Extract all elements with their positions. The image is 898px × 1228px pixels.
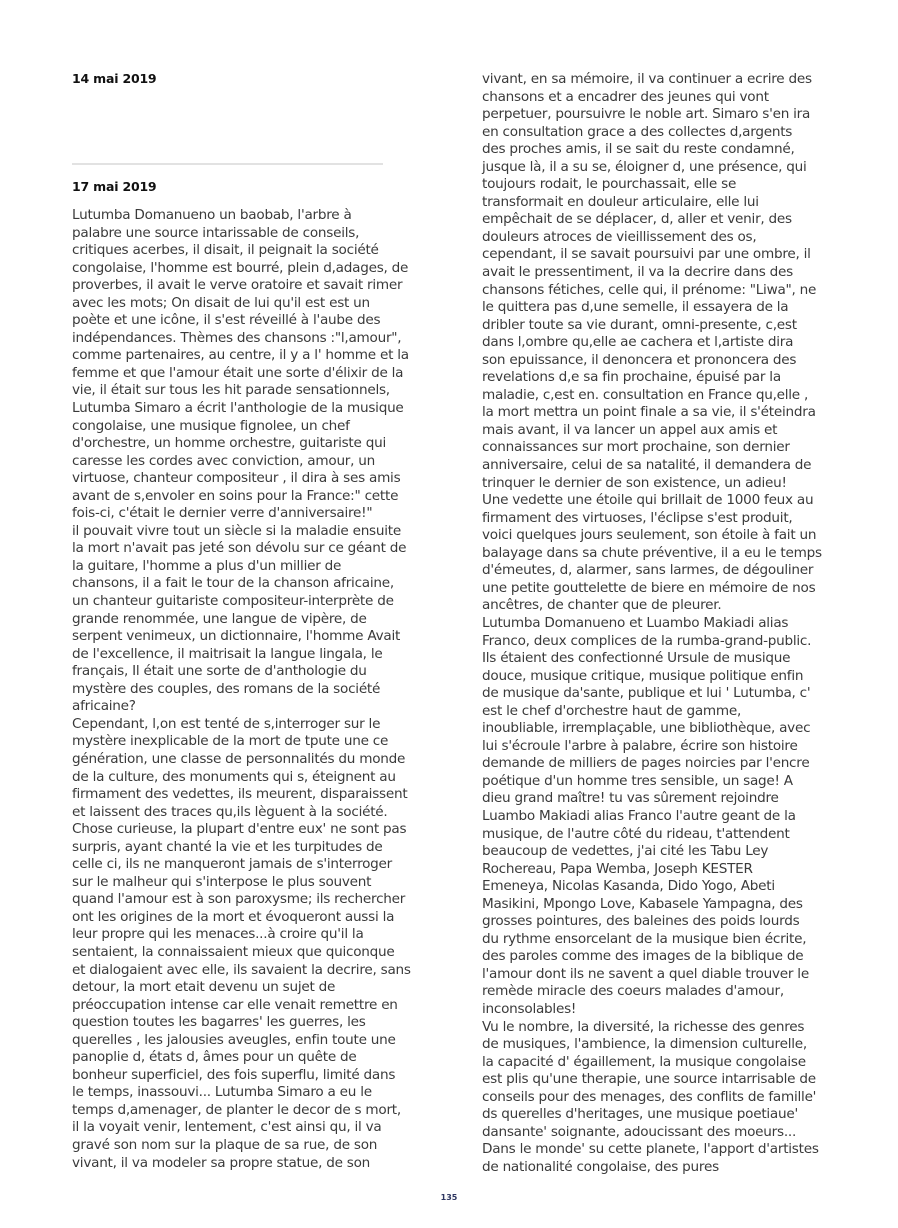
text-line: dansante' soignante, adoucissant des moe… bbox=[482, 1124, 842, 1142]
text-line: Vu le nombre, la diversité, la richesse … bbox=[482, 1019, 842, 1037]
text-line: de musique da'sante, publique et lui ' L… bbox=[482, 685, 842, 703]
text-line: français, Il était une sorte de d'anthol… bbox=[72, 663, 392, 681]
text-line: ancêtres, de chanter que de pleurer. bbox=[482, 597, 842, 615]
text-line: lui s'écroule l'arbre à palabre, écrire … bbox=[482, 738, 842, 756]
text-line: une petite gouttelette de biere en mémoi… bbox=[482, 580, 842, 598]
text-line: congolaise, l'homme est bourré, plein d,… bbox=[72, 260, 392, 278]
text-line: l'amour dont ils ne savent a quel diable… bbox=[482, 966, 842, 984]
text-line: inconsolables! bbox=[482, 1001, 842, 1019]
text-line: sentaient, la connaissaient mieux que qu… bbox=[72, 944, 392, 962]
text-line: temps d,amenager, de planter le decor de… bbox=[72, 1102, 392, 1120]
text-line: génération, une classe de personnalités … bbox=[72, 751, 392, 769]
text-line: mystère des couples, des romans de la so… bbox=[72, 681, 392, 699]
text-line: maladie, c,est en. consultation en Franc… bbox=[482, 387, 842, 405]
text-line: demande de milliers de pages noircies pa… bbox=[482, 755, 842, 773]
text-line: vivant, en sa mémoire, il va continuer a… bbox=[482, 71, 842, 89]
text-line: Rochereau, Papa Wemba, Joseph KESTER bbox=[482, 861, 842, 879]
text-line: chansons et a encadrer des jeunes qui vo… bbox=[482, 89, 842, 107]
text-line: grande renommée, une langue de vipère, d… bbox=[72, 611, 392, 629]
text-line: un chanteur guitariste compositeur-inter… bbox=[72, 593, 392, 611]
text-line: perpetuer, poursuivre le noble art. Sima… bbox=[482, 106, 842, 124]
text-line: de l'excellence, il maitrisait la langue… bbox=[72, 646, 392, 664]
text-line: musique, de l'autre côté du rideau, t'at… bbox=[482, 826, 842, 844]
text-line: Dans le monde' su cette planete, l'appor… bbox=[482, 1141, 842, 1159]
text-line: detour, la mort etait devenu un sujet de bbox=[72, 979, 392, 997]
text-line: caresse les cordes avec conviction, amou… bbox=[72, 453, 392, 471]
text-line: des paroles comme des images de la bibli… bbox=[482, 948, 842, 966]
text-line: serpent venimeux, un dictionnaire, l'hom… bbox=[72, 628, 392, 646]
text-line: proverbes, il avait le verve oratoire et… bbox=[72, 277, 392, 295]
text-line: celle ci, ils ne manqueront jamais de s'… bbox=[72, 856, 392, 874]
text-line: ont les origines de la mort et évoqueron… bbox=[72, 909, 392, 927]
text-line: anniversaire, celui de sa natalité, il d… bbox=[482, 457, 842, 475]
entry-date-17-mai: 17 mai 2019 bbox=[72, 178, 156, 196]
text-line: Luambo Makiadi alias Franco l'autre gean… bbox=[482, 808, 842, 826]
entry-divider bbox=[72, 163, 383, 165]
text-line: voici quelques jours seulement, son étoi… bbox=[482, 527, 842, 545]
text-line: Lutumba Domanueno et Luambo Makiadi alia… bbox=[482, 615, 842, 633]
text-line: et dialogaient avec elle, ils savaient l… bbox=[72, 962, 392, 980]
text-line: revelations d,e sa fin prochaine, épuisé… bbox=[482, 369, 842, 387]
text-line: bonheur superficiel, des fois superflu, … bbox=[72, 1067, 392, 1085]
text-line: gravé son nom sur la plaque de sa rue, d… bbox=[72, 1137, 392, 1155]
text-line: comme partenaires, au centre, il y a l' … bbox=[72, 347, 392, 365]
text-line: jusque là, il a su se, éloigner d, une p… bbox=[482, 159, 842, 177]
text-line: préoccupation intense car elle venait re… bbox=[72, 997, 392, 1015]
text-line: indépendances. Thèmes des chansons :"l,a… bbox=[72, 330, 392, 348]
text-line: d'émeutes, d, alarmer, sans larmes, de d… bbox=[482, 562, 842, 580]
text-line: Ils étaient des confectionné Ursule de m… bbox=[482, 650, 842, 668]
text-line: surpris, ayant chanté la vie et les turp… bbox=[72, 839, 392, 857]
text-line: Chose curieuse, la plupart d'entre eux' … bbox=[72, 821, 392, 839]
text-line: avait le pressentiment, il va la decrire… bbox=[482, 264, 842, 282]
text-line: douleurs atroces de vieillissement des o… bbox=[482, 229, 842, 247]
text-line: ds querelles d'heritages, une musique po… bbox=[482, 1106, 842, 1124]
text-line: vie, il était sur tous les hit parade se… bbox=[72, 382, 392, 400]
left-column-body: Lutumba Domanueno un baobab, l'arbre àpa… bbox=[72, 207, 392, 1172]
text-line: en consultation grace a des collectes d,… bbox=[482, 124, 842, 142]
text-line: est le chef d'orchestre haut de gamme, bbox=[482, 703, 842, 721]
text-line: connaissances sur mort prochaine, son de… bbox=[482, 439, 842, 457]
text-line: avec les mots; On disait de lui qu'il es… bbox=[72, 295, 392, 313]
text-line: trinquer le dernier de son existence, un… bbox=[482, 475, 842, 493]
text-line: grosses pointures, des baleines des poid… bbox=[482, 913, 842, 931]
text-line: chansons, il a fait le tour de la chanso… bbox=[72, 575, 392, 593]
text-line: la mort mettra un point finale a sa vie,… bbox=[482, 404, 842, 422]
text-line: des proches amis, il se sait du reste co… bbox=[482, 141, 842, 159]
right-column-body: vivant, en sa mémoire, il va continuer a… bbox=[482, 71, 842, 1176]
text-line: sur le malheur qui s'interpose le plus s… bbox=[72, 874, 392, 892]
text-line: son epuissance, il denoncera et prononce… bbox=[482, 352, 842, 370]
text-line: dieu grand maître! tu vas sûrement rejoi… bbox=[482, 790, 842, 808]
text-line: le temps, inassouvi... Lutumba Simaro a … bbox=[72, 1084, 392, 1102]
text-line: est plis qu'une therapie, une source int… bbox=[482, 1071, 842, 1089]
text-line: la mort n'avait pas jeté son dévolu sur … bbox=[72, 540, 392, 558]
text-line: remède miracle des coeurs malades d'amou… bbox=[482, 983, 842, 1001]
text-line: de musiques, l'ambience, la dimension cu… bbox=[482, 1036, 842, 1054]
text-line: quand l'amour est à son paroxysme; ils r… bbox=[72, 891, 392, 909]
text-line: Lutumba Simaro a écrit l'anthologie de l… bbox=[72, 400, 392, 418]
text-line: il pouvait vivre tout un siècle si la ma… bbox=[72, 523, 392, 541]
text-line: le quittera pas d,une semelle, il essaye… bbox=[482, 299, 842, 317]
text-line: la capacité d' égaillement, la musique c… bbox=[482, 1054, 842, 1072]
text-line: critiques acerbes, il disait, il peignai… bbox=[72, 242, 392, 260]
text-line: chansons fétiches, celle qui, il prénome… bbox=[482, 282, 842, 300]
text-line: Une vedette une étoile qui brillait de 1… bbox=[482, 492, 842, 510]
text-line: la guitare, l'homme a plus d'un millier … bbox=[72, 558, 392, 576]
text-line: querelles , les jalousies aveugles, enfi… bbox=[72, 1032, 392, 1050]
text-line: Franco, deux complices de la rumba-grand… bbox=[482, 633, 842, 651]
text-line: de la culture, des monuments qui s, étei… bbox=[72, 769, 392, 787]
text-line: Emeneya, Nicolas Kasanda, Dido Yogo, Abe… bbox=[482, 878, 842, 896]
text-line: mystère inexplicable de la mort de tpute… bbox=[72, 733, 392, 751]
entry-date-14-mai: 14 mai 2019 bbox=[72, 70, 156, 88]
text-line: poétique d'un homme tres sensible, un sa… bbox=[482, 773, 842, 791]
text-line: de nationalité congolaise, des pures bbox=[482, 1159, 842, 1177]
text-line: avant de s,envoler en soins pour la Fran… bbox=[72, 488, 392, 506]
text-line: congolaise, une musique fignolee, un che… bbox=[72, 418, 392, 436]
text-line: virtuose, chanteur compositeur , il dira… bbox=[72, 470, 392, 488]
text-line: Masikini, Mpongo Love, Kabasele Yampagna… bbox=[482, 896, 842, 914]
text-line: du rythme ensorcelant de la musique bien… bbox=[482, 931, 842, 949]
text-line: leur propre qui les menaces...à croire q… bbox=[72, 926, 392, 944]
text-line: question toutes les bagarres' les guerre… bbox=[72, 1014, 392, 1032]
text-line: firmament des vedettes, ils meurent, dis… bbox=[72, 786, 392, 804]
page-number: 135 bbox=[0, 1193, 898, 1202]
text-line: femme et que l'amour était une sorte d'é… bbox=[72, 365, 392, 383]
text-line: poète et une icône, il s'est réveillé à … bbox=[72, 312, 392, 330]
text-line: toujours rodait, le pourchassait, elle s… bbox=[482, 176, 842, 194]
text-line: africaine? bbox=[72, 698, 392, 716]
text-line: empêchait de se déplacer, d, aller et ve… bbox=[482, 211, 842, 229]
text-line: douce, musique critique, musique politiq… bbox=[482, 668, 842, 686]
text-line: et laissent des traces qu,ils lèguent à … bbox=[72, 804, 392, 822]
text-line: mais avant, il va lancer un appel aux am… bbox=[482, 422, 842, 440]
text-line: transformait en douleur articulaire, ell… bbox=[482, 194, 842, 212]
text-line: firmament des virtuoses, l'éclipse s'est… bbox=[482, 510, 842, 528]
text-line: Lutumba Domanueno un baobab, l'arbre à bbox=[72, 207, 392, 225]
text-line: dribler toute sa vie durant, omni-presen… bbox=[482, 317, 842, 335]
text-line: d'orchestre, un homme orchestre, guitari… bbox=[72, 435, 392, 453]
text-line: palabre une source intarissable de conse… bbox=[72, 225, 392, 243]
text-line: panoplie d, états d, âmes pour un quête … bbox=[72, 1049, 392, 1067]
text-line: Cependant, l,on est tenté de s,interroge… bbox=[72, 716, 392, 734]
text-line: cependant, il se savait poursuivi par un… bbox=[482, 246, 842, 264]
text-line: inoubliable, irremplaçable, une biblioth… bbox=[482, 720, 842, 738]
text-line: dans l,ombre qu,elle ae cachera et l,art… bbox=[482, 334, 842, 352]
text-line: balayage dans sa chute préventive, il a … bbox=[482, 545, 842, 563]
text-line: conseils pour des menages, des conflits … bbox=[482, 1089, 842, 1107]
text-line: il la voyait venir, lentement, c'est ain… bbox=[72, 1119, 392, 1137]
text-line: beaucoup de vedettes, j'ai cité les Tabu… bbox=[482, 843, 842, 861]
text-line: vivant, il va modeler sa propre statue, … bbox=[72, 1155, 392, 1173]
text-line: fois-ci, c'était le dernier verre d'anni… bbox=[72, 505, 392, 523]
